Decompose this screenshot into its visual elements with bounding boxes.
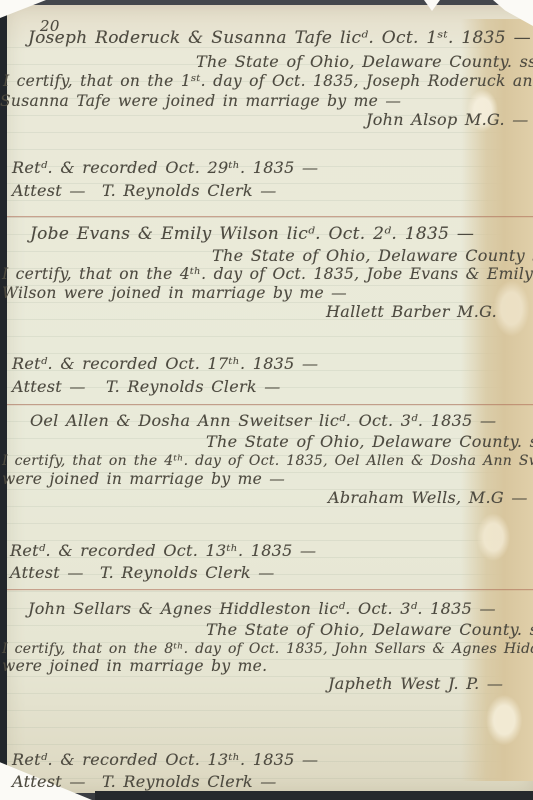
entry-state-line: The State of Ohio, Delaware County ss — [212, 246, 533, 265]
entry-state-line: The State of Ohio, Delaware County. ss — — [206, 432, 533, 451]
officiant-signature: Hallett Barber M.G. — [326, 302, 497, 321]
return-recorded-line: Retᵈ. & recorded Oct. 13ᵗʰ. 1835 — — [10, 541, 316, 560]
entry-state-line: The State of Ohio, Delaware County. ss — — [206, 620, 533, 639]
entry-body-line: I certify, that on the 1ˢᵗ. day of Oct. … — [3, 72, 533, 90]
entry-body-line: I certify, that on the 8ᵗʰ. day of Oct. … — [2, 641, 533, 657]
entry-body-line: Wilson were joined in marriage by me — — [2, 284, 347, 302]
officiant-signature: John Alsop M.G. — — [366, 110, 529, 129]
entry-body-line: were joined in marriage by me. — [2, 657, 267, 675]
entry-body-line: Susanna Tafe were joined in marriage by … — [0, 92, 401, 110]
attest-label: Attest — — [12, 181, 86, 200]
clerk-signature: T. Reynolds Clerk — — [102, 772, 277, 791]
entry-heading: John Sellars & Agnes Hiddleston licᵈ. Oc… — [28, 599, 496, 618]
return-recorded-line: Retᵈ. & recorded Oct. 29ᵗʰ. 1835 — — [12, 158, 318, 177]
entry-heading: Joseph Roderuck & Susanna Tafe licᵈ. Oct… — [28, 28, 531, 48]
entry-heading: Jobe Evans & Emily Wilson licᵈ. Oct. 2ᵈ.… — [30, 224, 474, 244]
clerk-signature: T. Reynolds Clerk — — [102, 181, 277, 200]
entry-body-line: I certify, that on the 4ᵗʰ. day of Oct. … — [2, 265, 533, 283]
handwriting-layer: 20 Joseph Roderuck & Susanna Tafe licᵈ. … — [0, 0, 533, 800]
return-recorded-line: Retᵈ. & recorded Oct. 17ᵗʰ. 1835 — — [12, 354, 318, 373]
attest-label: Attest — — [12, 772, 86, 791]
attest-label: Attest — — [12, 377, 86, 396]
officiant-signature: Japheth West J. P. — — [328, 674, 503, 693]
attest-label: Attest — — [10, 563, 84, 582]
entry-state-line: The State of Ohio, Delaware County. ss — — [196, 52, 533, 71]
entry-heading: Oel Allen & Dosha Ann Sweitser licᵈ. Oct… — [30, 411, 496, 430]
return-recorded-line: Retᵈ. & recorded Oct. 13ᵗʰ. 1835 — — [12, 750, 318, 769]
entry-body-line: I certify, that on the 4ᵗʰ. day of Oct. … — [2, 453, 533, 469]
clerk-signature: T. Reynolds Clerk — — [100, 563, 275, 582]
entry-body-line: were joined in marriage by me — — [2, 470, 285, 488]
clerk-signature: T. Reynolds Clerk — — [106, 377, 281, 396]
officiant-signature: Abraham Wells, M.G — — [328, 488, 528, 507]
